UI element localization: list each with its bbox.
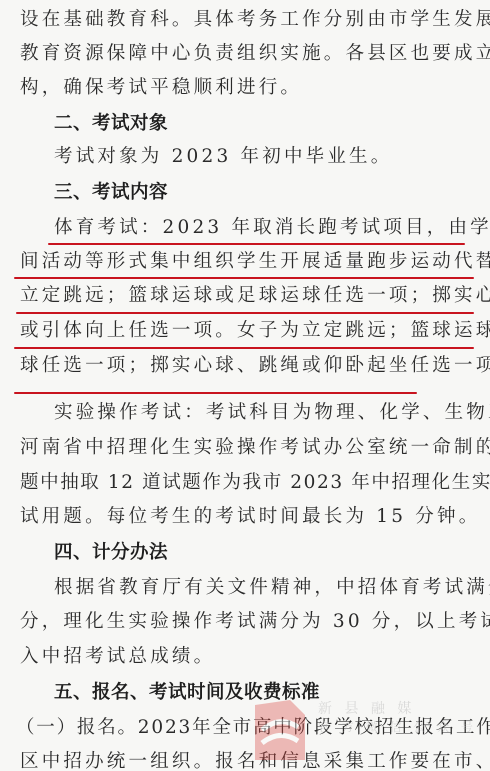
red-underline bbox=[14, 392, 417, 394]
red-underline bbox=[16, 312, 474, 314]
paragraph-line-highlighted: 体育考试：2023 年取消长跑考试项目，由学校通过大课 bbox=[54, 216, 472, 240]
paragraph-line-highlighted: 间活动等形式集中组织学生开展适量跑步运动代替。男子为 bbox=[20, 250, 472, 274]
paragraph-line: 根据省教育厅有关文件精神，中招体育考试满分为 70 bbox=[54, 576, 472, 600]
section-heading-exam-content: 三、考试内容 bbox=[54, 181, 168, 205]
paragraph-line: 题中抽取 12 道试题作为我市 2023 年中招理化生实验操作考 bbox=[20, 471, 472, 495]
paragraph-line-highlighted: 立定跳远；篮球运球或足球运球任选一项；掷实心球、跳绳 bbox=[20, 284, 472, 308]
section-heading-exam-target: 二、考试对象 bbox=[54, 112, 168, 136]
red-underline bbox=[14, 347, 474, 349]
paragraph-line: 考试对象为 2023 年初中毕业生。 bbox=[54, 145, 472, 169]
paragraph-line: 教育资源保障中心负责组织实施。各县区也要成立相应机 bbox=[20, 42, 472, 66]
paragraph-line: 入中招考试总成绩。 bbox=[20, 645, 472, 669]
red-underline bbox=[48, 243, 465, 245]
paragraph-line: 河南省中招理化生实验操作考试办公室统一命制的 24 道试 bbox=[20, 436, 472, 460]
document-page: 设在基础教育科。具体考务工作分别由市学生发展中心和市 教育资源保障中心负责组织实… bbox=[0, 0, 490, 771]
paragraph-line: 试用题。每位考生的考试时间最长为 15 分钟。 bbox=[20, 505, 472, 529]
paragraph-line-highlighted: 或引体向上任选一项。女子为立定跳远；篮球运球或足球运 bbox=[20, 319, 472, 343]
watermark-line-2: 官 方 微 信 公 众 号 bbox=[318, 718, 477, 736]
paragraph-line: 设在基础教育科。具体考务工作分别由市学生发展中心和市 bbox=[20, 8, 472, 32]
watermark-line-1: 新 县 融 媒 bbox=[318, 700, 477, 718]
section-heading-scoring: 四、计分办法 bbox=[54, 541, 168, 565]
watermark-logo-icon bbox=[250, 695, 310, 765]
paragraph-line: 实验操作考试：考试科目为物理、化学、生物三科，从 bbox=[54, 401, 472, 425]
paragraph-line: 分，理化生实验操作考试满分为 30 分，以上考试分数均计 bbox=[20, 610, 472, 634]
paragraph-line: 构，确保考试平稳顺利进行。 bbox=[20, 76, 472, 100]
paragraph-line: 区中招办统一组织。报名和信息采集工作要在市、县区中招 bbox=[20, 750, 472, 771]
watermark-text: 新 县 融 媒 官 方 微 信 公 众 号 bbox=[318, 700, 477, 736]
red-underline bbox=[14, 277, 474, 279]
paragraph-line-highlighted: 球任选一项；掷实心球、跳绳或仰卧起坐任选一项。 bbox=[20, 354, 472, 378]
